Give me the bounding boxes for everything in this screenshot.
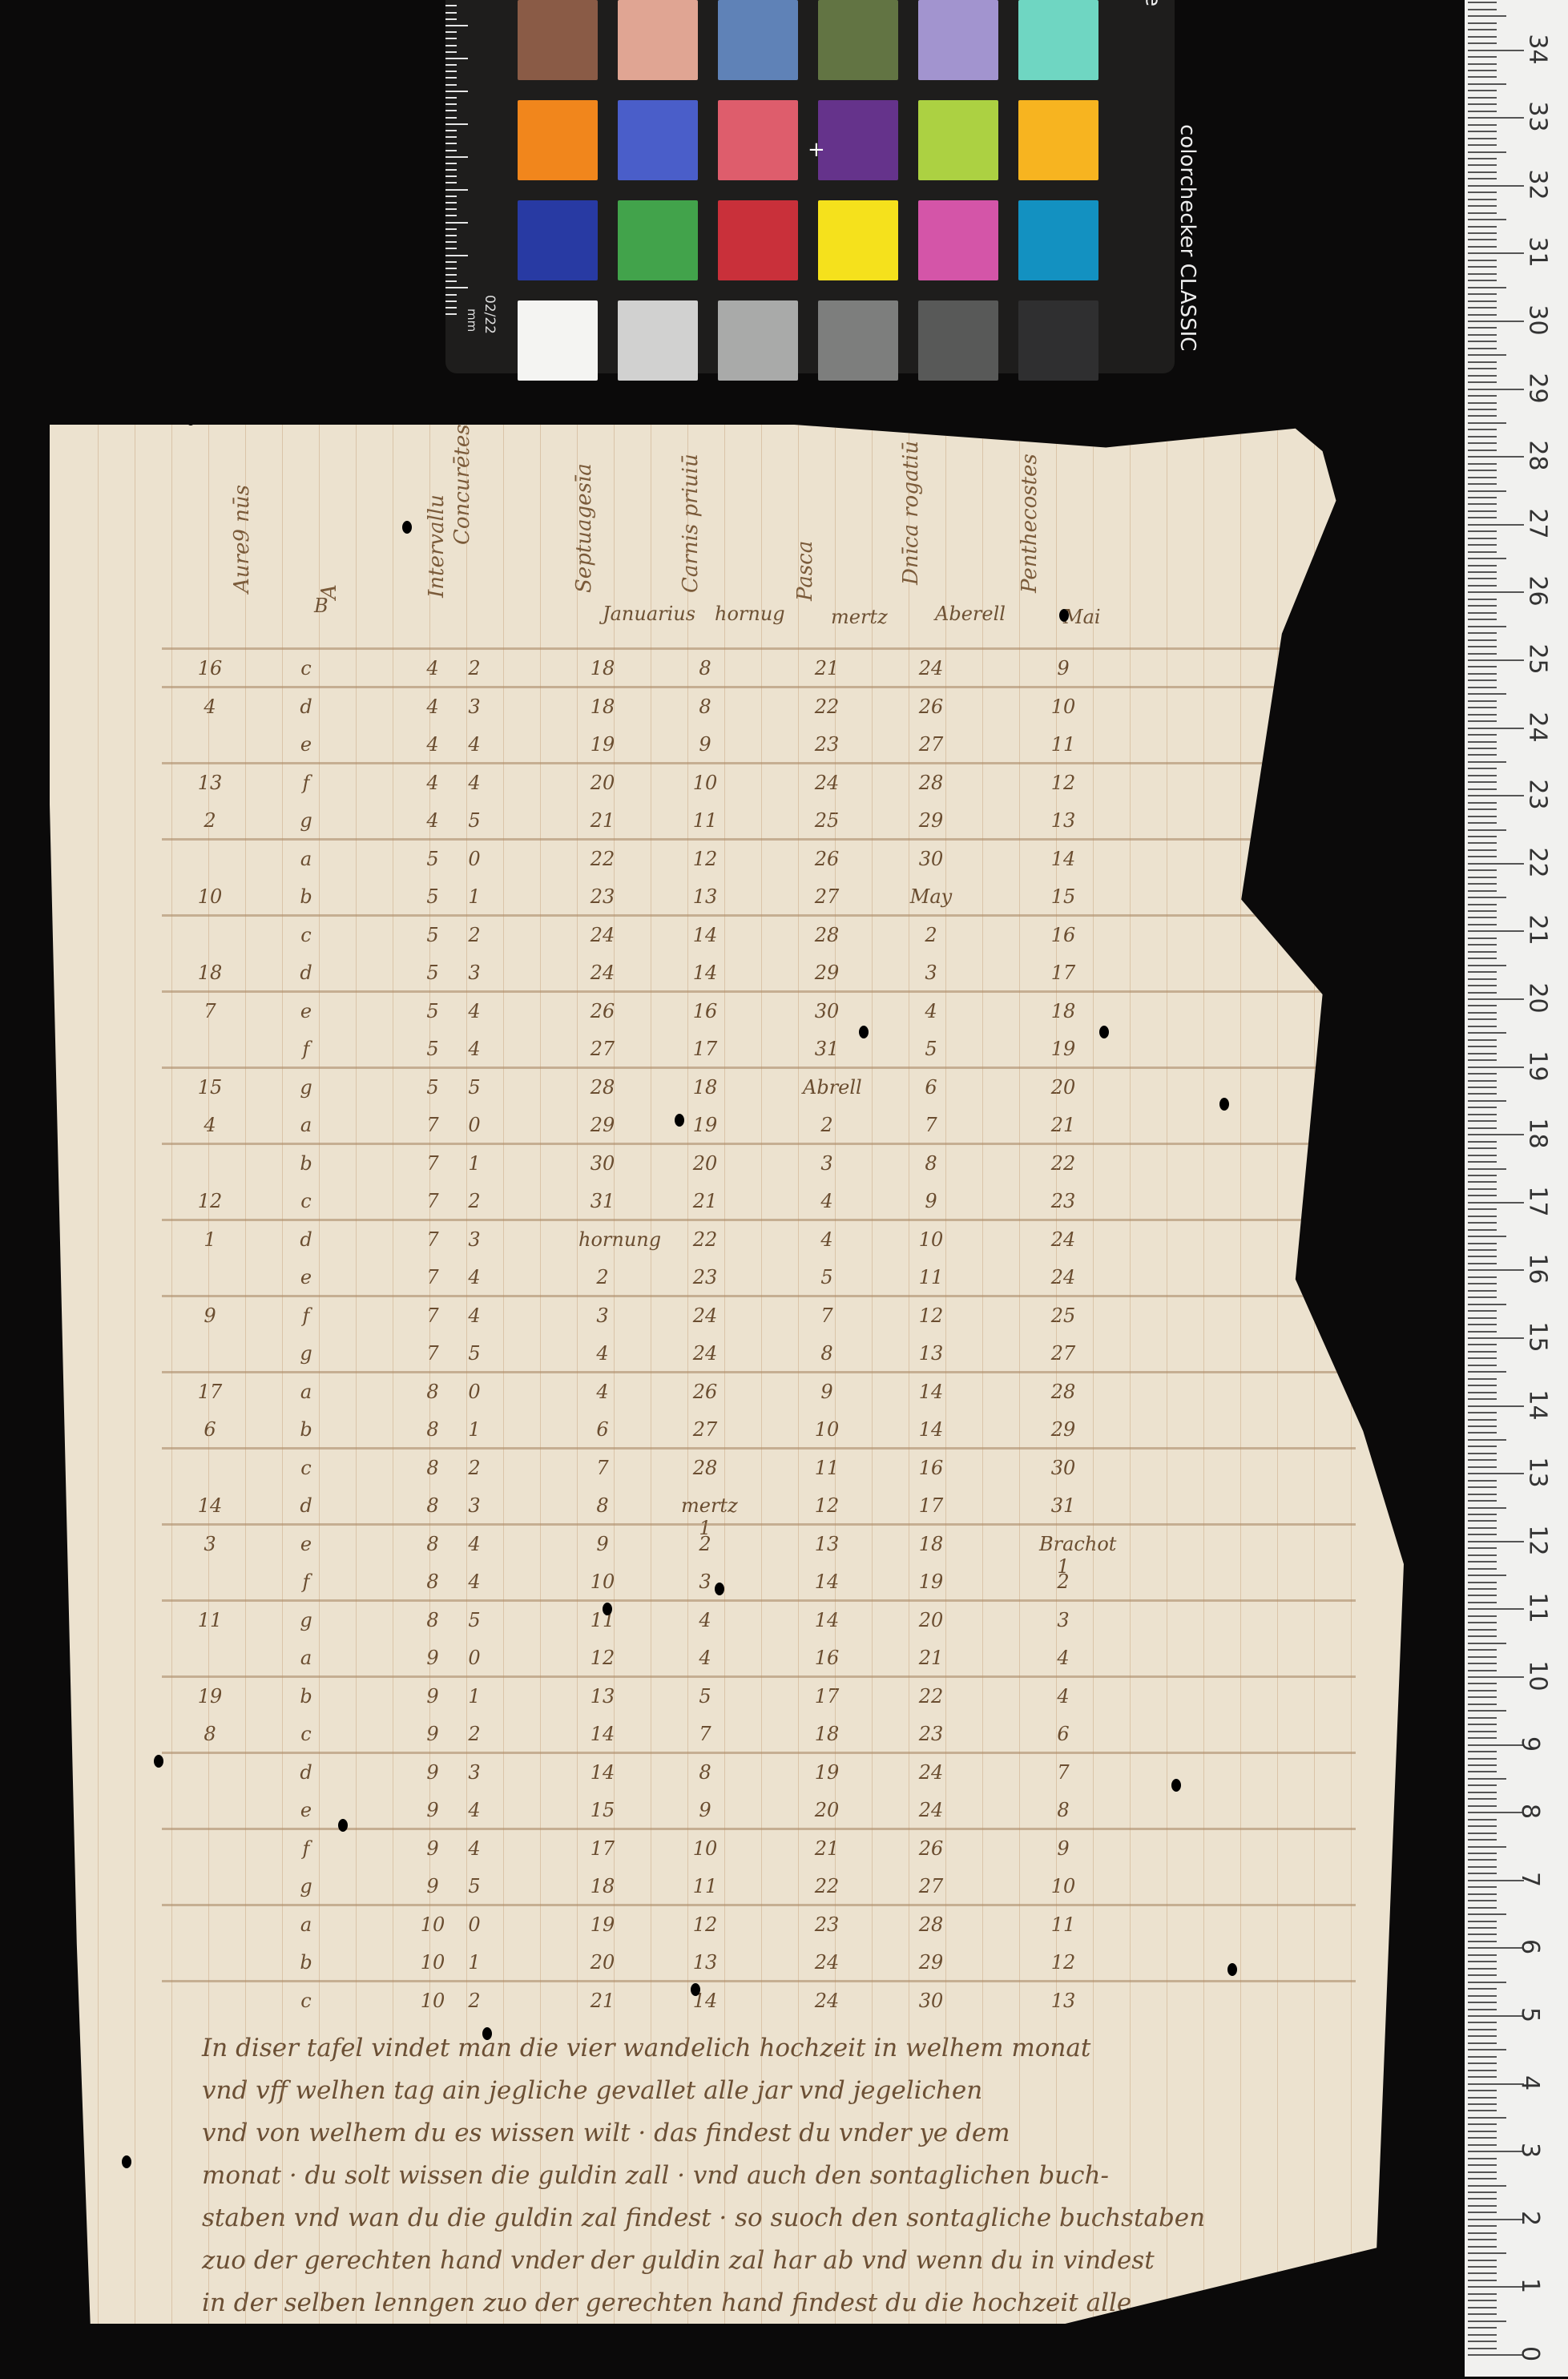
ruling-line bbox=[614, 425, 615, 2324]
row-rule bbox=[162, 1523, 1356, 1526]
table-cell: a bbox=[282, 848, 330, 870]
ruler-tick bbox=[1468, 768, 1497, 769]
table-cell: 14 bbox=[186, 1494, 234, 1517]
worm-hole bbox=[402, 521, 412, 534]
ruling-line bbox=[982, 425, 983, 2324]
ruler-tick bbox=[1468, 971, 1497, 973]
table-cell: 29 bbox=[578, 1114, 627, 1136]
table-cell: 8 bbox=[681, 1761, 729, 1784]
ruler-tick bbox=[1468, 409, 1497, 410]
ruling-line bbox=[466, 425, 467, 2324]
color-patch bbox=[1018, 200, 1098, 280]
table-cell: 19 bbox=[578, 1913, 627, 1936]
mm-tick bbox=[445, 175, 457, 177]
crosshair-icon: + bbox=[808, 138, 825, 162]
ruler-tick bbox=[1468, 1893, 1497, 1895]
table-cell: 20 bbox=[578, 1951, 627, 1974]
table-cell: 17 bbox=[186, 1381, 234, 1403]
ruler-tick bbox=[1468, 2246, 1497, 2248]
table-cell: 13 bbox=[186, 772, 234, 794]
mm-tick bbox=[445, 91, 468, 92]
ruler-tick bbox=[1468, 402, 1497, 404]
ruler-tick bbox=[1468, 707, 1497, 708]
table-cell: 2 bbox=[450, 1990, 498, 2012]
table-cell: g bbox=[282, 1875, 330, 1897]
ruler-tick bbox=[1468, 551, 1497, 553]
ruler-tick bbox=[1468, 1534, 1497, 1535]
ruler-tick bbox=[1468, 503, 1497, 505]
table-cell: 18 bbox=[681, 1076, 729, 1099]
table-cell: 28 bbox=[907, 1913, 955, 1936]
table-cell: 4 bbox=[578, 1342, 627, 1365]
table-cell: c bbox=[282, 1190, 330, 1212]
ruler-tick bbox=[1468, 138, 1497, 139]
table-cell: 8 bbox=[409, 1571, 457, 1593]
ruler-tick bbox=[1468, 1236, 1506, 1237]
ruling-line bbox=[1277, 425, 1278, 2324]
table-cell: 19 bbox=[1039, 1038, 1087, 1060]
ruler-cm-label: 7 bbox=[1516, 1872, 1544, 1887]
ruler-tick bbox=[1468, 985, 1497, 986]
table-cell: 19 bbox=[578, 733, 627, 756]
ruler-tick bbox=[1468, 714, 1497, 716]
ruler-tick bbox=[1468, 212, 1497, 214]
manuscript-page: Aure9 nūs A B Intervallu Concurētes Sept… bbox=[50, 425, 1404, 2324]
ruler-tick bbox=[1468, 795, 1524, 796]
table-cell: 7 bbox=[907, 1114, 955, 1136]
ruler-tick bbox=[1468, 829, 1506, 831]
table-cell: 24 bbox=[803, 1990, 851, 2012]
table-cell: 10 bbox=[578, 1571, 627, 1593]
ruler-tick bbox=[1468, 1622, 1497, 1623]
ruling-line bbox=[319, 425, 320, 2324]
ruler-tick bbox=[1468, 1859, 1497, 1861]
ruler-tick bbox=[1468, 436, 1497, 437]
table-cell: 11 bbox=[681, 1875, 729, 1897]
ruler-tick bbox=[1468, 2042, 1497, 2044]
table-cell: 21 bbox=[1039, 1114, 1087, 1136]
table-cell: d bbox=[282, 962, 330, 984]
ruler-tick bbox=[1468, 83, 1506, 85]
table-cell: 4 bbox=[450, 1533, 498, 1555]
table-cell: 4 bbox=[450, 733, 498, 756]
ruling-line bbox=[135, 425, 135, 2324]
ruler-tick bbox=[1468, 646, 1497, 647]
ruler-tick bbox=[1468, 1208, 1497, 1210]
ruler-tick bbox=[1468, 1500, 1497, 1502]
ruler-tick bbox=[1468, 1256, 1497, 1257]
table-cell: 5 bbox=[450, 1076, 498, 1099]
row-rule bbox=[162, 762, 1356, 764]
ruler-tick bbox=[1468, 2144, 1497, 2146]
ruler-tick bbox=[1468, 558, 1506, 559]
table-cell: 8 bbox=[907, 1152, 955, 1175]
table-cell: 29 bbox=[907, 1951, 955, 1974]
ruler-tick bbox=[1468, 1927, 1497, 1929]
table-cell: 7 bbox=[681, 1723, 729, 1745]
table-cell: 9 bbox=[409, 1837, 457, 1860]
table-cell: 29 bbox=[907, 809, 955, 832]
ruler-tick bbox=[1468, 1670, 1497, 1671]
ruler-tick bbox=[1468, 951, 1497, 953]
ruler-cm-label: 1 bbox=[1516, 2278, 1544, 2293]
table-cell: 17 bbox=[578, 1837, 627, 1860]
row-rule bbox=[162, 1371, 1356, 1373]
mm-tick bbox=[445, 235, 457, 236]
ruler-cm-label: 25 bbox=[1524, 643, 1552, 674]
ruler-tick bbox=[1468, 1913, 1506, 1915]
ruling-line bbox=[540, 425, 541, 2324]
ruling-line bbox=[393, 425, 393, 2324]
table-cell: 7 bbox=[409, 1266, 457, 1288]
ruler-tick bbox=[1468, 1141, 1497, 1143]
ruler-tick bbox=[1468, 1866, 1497, 1868]
ruler-tick bbox=[1468, 937, 1497, 939]
ruler-tick bbox=[1468, 22, 1497, 24]
table-cell: 16 bbox=[186, 657, 234, 679]
mm-tick bbox=[445, 287, 468, 288]
mm-tick bbox=[445, 45, 457, 46]
ruler-tick bbox=[1468, 910, 1497, 912]
ruling-line bbox=[761, 425, 762, 2324]
table-cell: 12 bbox=[803, 1494, 851, 1517]
ruler-tick bbox=[1468, 450, 1497, 451]
ruler-tick bbox=[1468, 1161, 1497, 1163]
color-patch-grid bbox=[518, 0, 1098, 381]
ruler-tick bbox=[1468, 612, 1497, 614]
table-cell: c bbox=[282, 924, 330, 946]
table-cell: 27 bbox=[907, 1875, 955, 1897]
row-rule bbox=[162, 1980, 1356, 1982]
table-cell: f bbox=[282, 1304, 330, 1327]
row-rule bbox=[162, 1447, 1356, 1450]
ruler-tick bbox=[1468, 2022, 1497, 2023]
table-cell: 3 bbox=[803, 1152, 851, 1175]
ruler-tick bbox=[1468, 924, 1497, 925]
table-cell: 10 bbox=[186, 885, 234, 908]
ruler-tick bbox=[1468, 1446, 1497, 1447]
ruler-tick bbox=[1468, 97, 1497, 99]
table-cell: 26 bbox=[681, 1381, 729, 1403]
table-cell: 4 bbox=[450, 1799, 498, 1821]
ruler-tick bbox=[1468, 2225, 1497, 2227]
row-rule bbox=[162, 990, 1356, 993]
ruler-tick bbox=[1468, 1039, 1497, 1041]
table-cell: 18 bbox=[578, 696, 627, 718]
ruler-cm-label: 9 bbox=[1516, 1736, 1544, 1752]
table-cell: c bbox=[282, 1990, 330, 2012]
table-cell: e bbox=[282, 1799, 330, 1821]
table-cell: 4 bbox=[803, 1228, 851, 1251]
ruler-cm-label: 17 bbox=[1524, 1186, 1552, 1216]
ruler-tick bbox=[1468, 1304, 1506, 1305]
table-cell: 10 bbox=[1039, 1875, 1087, 1897]
ruler-tick bbox=[1468, 1933, 1497, 1935]
ruler-tick bbox=[1468, 1147, 1497, 1149]
table-cell: 7 bbox=[409, 1304, 457, 1327]
table-cell: 4 bbox=[578, 1381, 627, 1403]
ruler-tick bbox=[1468, 2090, 1497, 2091]
color-patch bbox=[618, 300, 698, 381]
header-aureus-numerus: Aure9 nūs bbox=[230, 485, 254, 593]
ruler-tick bbox=[1468, 1175, 1497, 1176]
table-cell: 30 bbox=[803, 1000, 851, 1022]
ruler-tick bbox=[1468, 2232, 1497, 2234]
ruler-tick bbox=[1468, 2056, 1497, 2058]
table-cell: a bbox=[282, 1913, 330, 1936]
table-cell: 7 bbox=[578, 1457, 627, 1479]
table-cell: 11 bbox=[803, 1457, 851, 1479]
ruling-line bbox=[1130, 425, 1131, 2324]
table-cell: 9 bbox=[681, 1799, 729, 1821]
table-cell: 13 bbox=[681, 1951, 729, 1974]
table-cell: 14 bbox=[578, 1723, 627, 1745]
ruler-tick bbox=[1468, 273, 1497, 275]
color-patch bbox=[618, 0, 698, 80]
table-cell: 10 bbox=[803, 1418, 851, 1441]
ruling-line bbox=[429, 425, 430, 2324]
ruler-tick bbox=[1468, 1351, 1497, 1353]
ruler-tick bbox=[1468, 1432, 1497, 1433]
ruler-tick bbox=[1468, 1337, 1524, 1339]
table-cell: 27 bbox=[907, 733, 955, 756]
table-cell: e bbox=[282, 1266, 330, 1288]
ruler-tick bbox=[1468, 1195, 1497, 1196]
mm-tick bbox=[445, 64, 457, 66]
table-cell: 2 bbox=[450, 657, 498, 679]
table-cell: 0 bbox=[450, 1114, 498, 1136]
ruler-tick bbox=[1468, 1629, 1497, 1631]
table-cell: 3 bbox=[450, 1494, 498, 1517]
table-cell: 13 bbox=[1039, 1990, 1087, 2012]
ruler-tick bbox=[1468, 463, 1497, 465]
ruler-tick bbox=[1468, 375, 1497, 377]
table-cell: 9 bbox=[409, 1799, 457, 1821]
worm-hole bbox=[691, 1983, 700, 1996]
ruler-tick bbox=[1468, 2029, 1497, 2030]
mm-tick bbox=[445, 169, 457, 171]
table-cell: 5 bbox=[409, 1000, 457, 1022]
table-cell: 8 bbox=[409, 1494, 457, 1517]
table-cell: 3 bbox=[450, 1761, 498, 1784]
table-cell: 18 bbox=[803, 1723, 851, 1745]
table-cell: f bbox=[282, 1038, 330, 1060]
product-label: colorchecker CLASSIC bbox=[1175, 124, 1199, 140]
ruler-cm-label: 22 bbox=[1524, 847, 1552, 877]
worm-hole bbox=[1099, 1026, 1109, 1038]
table-cell: 16 bbox=[681, 1000, 729, 1022]
ruler-tick bbox=[1468, 1825, 1497, 1827]
ruler-tick bbox=[1468, 1059, 1497, 1061]
color-patch bbox=[718, 0, 798, 80]
ruler-tick bbox=[1468, 1412, 1497, 1413]
ruler-tick bbox=[1468, 1466, 1497, 1468]
ruler-tick bbox=[1468, 2164, 1497, 2166]
mm-tick bbox=[445, 51, 457, 53]
table-cell: 12 bbox=[1039, 1951, 1087, 1974]
ruler-tick bbox=[1468, 728, 1524, 729]
ruler-cm-label: 26 bbox=[1524, 576, 1552, 607]
table-cell: 14 bbox=[907, 1418, 955, 1441]
table-cell: 3 bbox=[1039, 1609, 1087, 1631]
table-cell: b bbox=[282, 1951, 330, 1974]
table-cell: 21 bbox=[907, 1647, 955, 1669]
ruler-tick bbox=[1468, 1968, 1497, 1970]
ruler-cm-label: 0 bbox=[1516, 2346, 1544, 2361]
table-cell: 2 bbox=[1039, 1571, 1087, 1593]
table-cell: 23 bbox=[803, 733, 851, 756]
color-patch bbox=[818, 200, 898, 280]
mm-tick bbox=[445, 25, 468, 26]
ruler-tick bbox=[1468, 1046, 1497, 1047]
table-cell: b bbox=[282, 885, 330, 908]
ruler-tick bbox=[1468, 1188, 1497, 1190]
table-cell: a bbox=[282, 1647, 330, 1669]
ruler-cm-label: 16 bbox=[1524, 1254, 1552, 1284]
table-cell: 19 bbox=[907, 1571, 955, 1593]
table-cell: 7 bbox=[409, 1114, 457, 1136]
ruler-tick bbox=[1468, 538, 1497, 539]
table-cell: 8 bbox=[681, 696, 729, 718]
ruler-tick bbox=[1468, 1398, 1497, 1400]
table-cell: 8 bbox=[803, 1342, 851, 1365]
ruler-tick bbox=[1468, 1080, 1497, 1082]
table-cell: 28 bbox=[1039, 1381, 1087, 1403]
table-cell: 5 bbox=[409, 924, 457, 946]
table-cell: 8 bbox=[1039, 1799, 1087, 1821]
ruler-tick bbox=[1468, 1635, 1497, 1637]
ruler-tick bbox=[1468, 720, 1497, 722]
table-cell: 9 bbox=[409, 1761, 457, 1784]
ruler-tick bbox=[1468, 456, 1524, 458]
color-patch bbox=[1018, 0, 1098, 80]
ruler-tick bbox=[1468, 1439, 1506, 1441]
mm-tick bbox=[445, 130, 457, 131]
ruler-tick bbox=[1468, 368, 1497, 369]
table-cell: 24 bbox=[907, 657, 955, 679]
ruler-tick bbox=[1468, 490, 1506, 492]
table-cell: 18 bbox=[186, 962, 234, 984]
table-cell: 24 bbox=[1039, 1228, 1087, 1251]
table-cell: 20 bbox=[803, 1799, 851, 1821]
ruler-tick bbox=[1468, 788, 1497, 790]
mm-tick bbox=[445, 313, 457, 315]
ruler-tick bbox=[1468, 381, 1497, 383]
ruler-tick bbox=[1468, 1988, 1497, 1990]
table-cell: 1 bbox=[450, 1685, 498, 1708]
table-cell: 0 bbox=[450, 1647, 498, 1669]
table-cell: 22 bbox=[803, 696, 851, 718]
table-cell: 7 bbox=[409, 1342, 457, 1365]
color-patch bbox=[918, 100, 998, 180]
ruling-line bbox=[1167, 425, 1167, 2324]
table-cell: 4 bbox=[450, 1038, 498, 1060]
ruler-tick bbox=[1468, 1087, 1497, 1088]
ruler-tick bbox=[1468, 524, 1524, 526]
table-cell: 22 bbox=[1039, 1152, 1087, 1175]
worm-hole bbox=[482, 2027, 492, 2040]
header-dominica-rogationum: Dnīca rogatiū bbox=[899, 441, 923, 585]
ruler-tick bbox=[1468, 992, 1497, 994]
ruler-tick bbox=[1468, 2252, 1506, 2254]
ruler-tick bbox=[1468, 1846, 1506, 1848]
ruler-tick bbox=[1468, 2313, 1497, 2315]
ruler-tick bbox=[1468, 178, 1497, 179]
table-cell: 5 bbox=[409, 1038, 457, 1060]
table-cell: 19 bbox=[681, 1114, 729, 1136]
table-cell: 4 bbox=[409, 733, 457, 756]
table-cell: 23 bbox=[681, 1266, 729, 1288]
ruler-tick bbox=[1468, 2103, 1497, 2105]
month-mai: Mai bbox=[1063, 606, 1101, 628]
worm-hole bbox=[675, 1114, 684, 1127]
ruler-tick bbox=[1468, 1961, 1497, 1962]
color-patch bbox=[918, 0, 998, 80]
ruler-tick bbox=[1468, 1886, 1497, 1888]
header-septuagesima: Septuagesīa bbox=[572, 463, 596, 593]
table-cell: 23 bbox=[1039, 1190, 1087, 1212]
mm-tick bbox=[445, 274, 457, 276]
table-cell: b bbox=[282, 1418, 330, 1441]
ruler-tick bbox=[1468, 1419, 1497, 1421]
table-cell: 11 bbox=[681, 809, 729, 832]
table-cell: 24 bbox=[907, 1761, 955, 1784]
mm-tick bbox=[445, 18, 457, 20]
ruler-tick bbox=[1468, 578, 1497, 579]
table-cell: 15 bbox=[186, 1076, 234, 1099]
table-cell: 26 bbox=[578, 1000, 627, 1022]
ruler-tick bbox=[1468, 1520, 1497, 1522]
ruler-tick bbox=[1468, 1005, 1497, 1006]
table-cell: 30 bbox=[907, 1990, 955, 2012]
table-cell: 9 bbox=[409, 1723, 457, 1745]
ruler-tick bbox=[1468, 517, 1497, 518]
table-cell: 25 bbox=[803, 809, 851, 832]
ruler-tick bbox=[1468, 307, 1497, 308]
ruler-tick bbox=[1468, 252, 1524, 254]
table-cell: g bbox=[282, 1609, 330, 1631]
ruler-tick bbox=[1468, 2002, 1497, 2003]
ruler-tick bbox=[1468, 1643, 1506, 1644]
mm-tick bbox=[445, 123, 468, 125]
ruler-tick bbox=[1468, 103, 1497, 105]
ruler-tick bbox=[1468, 1758, 1497, 1760]
table-cell: 18 bbox=[1039, 1000, 1087, 1022]
ruler-cm-label: 29 bbox=[1524, 373, 1552, 403]
ruler-tick bbox=[1468, 429, 1497, 430]
table-cell: 5 bbox=[409, 885, 457, 908]
ruler-cm-label: 8 bbox=[1516, 1804, 1544, 1819]
table-cell: 2 bbox=[450, 924, 498, 946]
ruler-tick bbox=[1468, 1833, 1497, 1834]
ruler-tick bbox=[1468, 700, 1497, 702]
table-cell: 22 bbox=[578, 848, 627, 870]
ruler-tick bbox=[1468, 687, 1497, 688]
table-cell: 8 bbox=[409, 1381, 457, 1403]
ruler-tick bbox=[1468, 1588, 1497, 1590]
table-cell: 24 bbox=[578, 962, 627, 984]
table-cell: 10 bbox=[409, 1951, 457, 1974]
table-cell: 3 bbox=[186, 1533, 234, 1555]
worm-hole bbox=[154, 1755, 163, 1768]
row-rule bbox=[162, 1675, 1356, 1678]
ruling-line bbox=[282, 425, 283, 2324]
ruler-tick bbox=[1468, 50, 1524, 51]
table-cell: 8 bbox=[186, 1723, 234, 1745]
ruling-line bbox=[356, 425, 357, 2324]
table-cell: e bbox=[282, 1533, 330, 1555]
ruling-line bbox=[1019, 425, 1020, 2324]
